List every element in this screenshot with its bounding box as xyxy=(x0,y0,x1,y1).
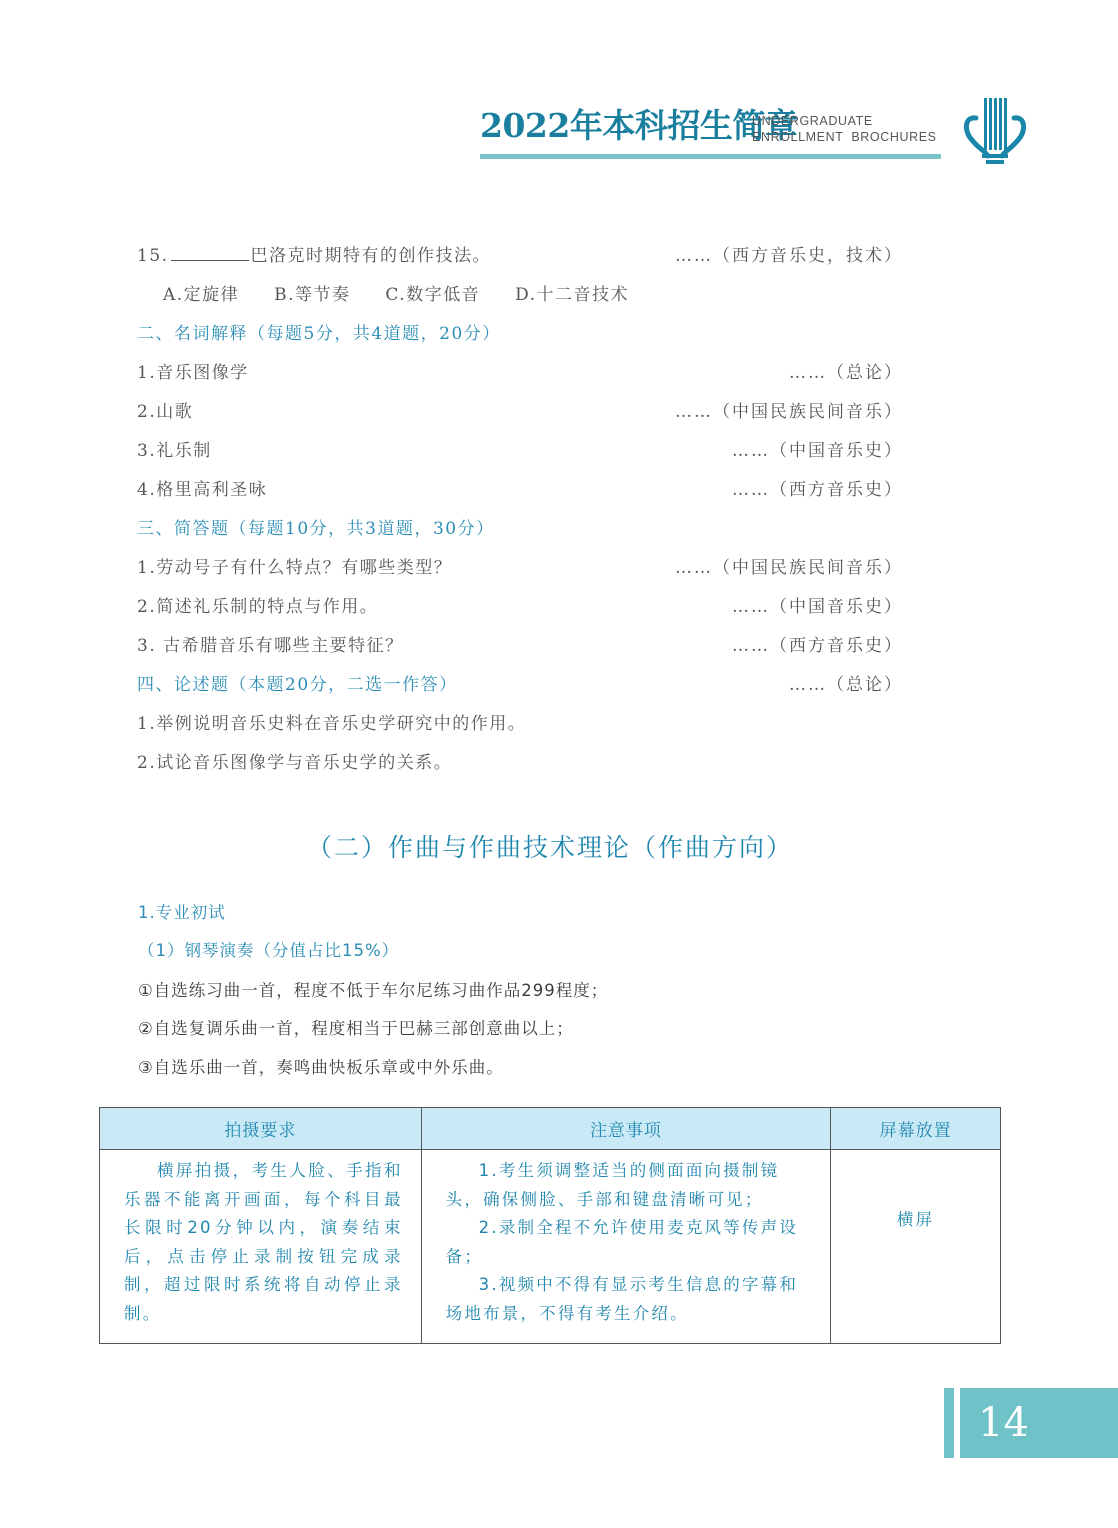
header-divider xyxy=(480,154,941,159)
piano-heading: （1）钢琴演奏（分值占比15%） xyxy=(138,939,399,963)
question-15: 15.巴洛克时期特有的创作技法。 xyxy=(137,244,491,268)
question-text: 巴洛克时期特有的创作技法。 xyxy=(251,246,492,266)
column-header: 屏幕放置 xyxy=(831,1108,1001,1150)
question-number: 15. xyxy=(137,246,169,266)
short-answer-item: 1.劳动号子有什么特点？有哪些类型？ xyxy=(137,556,452,580)
term-source: ……（总论） xyxy=(789,361,903,385)
essay-item: 1.举例说明音乐史料在音乐史学研究中的作用。 xyxy=(137,712,526,736)
term-source: ……（西方音乐史） xyxy=(732,478,903,502)
brochure-subtitle: UNDERGRADUATE ENROLLMENT BROCHURES xyxy=(752,113,937,145)
lyre-logo-icon xyxy=(962,96,1028,166)
question-options: A.定旋律 B.等节奏 C.数字低音 D.十二音技术 xyxy=(163,283,657,307)
piano-item: ②自选复调乐曲一首，程度相当于巴赫三部创意曲以上； xyxy=(138,1017,574,1041)
option-b: B.等节奏 xyxy=(274,285,350,305)
brochure-title: 2022年本科招生简章 xyxy=(480,106,797,146)
requirements-cell: 横屏拍摄，考生人脸、手指和乐器不能离开画面，每个科目最长限时20分钟以内，演奏结… xyxy=(100,1150,422,1344)
subheading-preliminary: 1.专业初试 xyxy=(138,901,226,925)
subtitle-line-1: UNDERGRADUATE xyxy=(752,113,937,129)
option-a: A.定旋律 xyxy=(163,285,239,305)
question-source: ……（西方音乐史，技术） xyxy=(675,244,903,268)
option-c: C.数字低音 xyxy=(385,285,480,305)
short-answer-source: ……（中国音乐史） xyxy=(732,595,903,619)
term-item: 2.山歌 xyxy=(137,400,193,424)
note-item: 1.考生须调整适当的侧面面向摄制镜头，确保侧脸、手部和键盘清晰可见； xyxy=(446,1157,817,1214)
page-number: 14 xyxy=(960,1388,1118,1458)
note-item: 2.录制全程不允许使用麦克风等传声设备； xyxy=(446,1214,817,1271)
essay-source: ……（总论） xyxy=(789,673,903,697)
term-item: 3.礼乐制 xyxy=(137,439,212,463)
term-item: 1.音乐图像学 xyxy=(137,361,249,385)
recording-requirements-table: 拍摄要求 注意事项 屏幕放置 横屏拍摄，考生人脸、手指和乐器不能离开画面，每个科… xyxy=(99,1107,1001,1344)
section-heading-short-answer: 三、简答题（每题10分，共3道题，30分） xyxy=(137,517,495,541)
note-item: 3.视频中不得有显示考生信息的字幕和场地布景，不得有考生介绍。 xyxy=(446,1271,817,1328)
answer-blank xyxy=(171,247,249,261)
section-heading-essay: 四、论述题（本题20分，二选一作答） xyxy=(137,673,458,697)
table-row: 横屏拍摄，考生人脸、手指和乐器不能离开画面，每个科目最长限时20分钟以内，演奏结… xyxy=(100,1150,1001,1344)
notes-cell: 1.考生须调整适当的侧面面向摄制镜头，确保侧脸、手部和键盘清晰可见； 2.录制全… xyxy=(421,1150,831,1344)
short-answer-source: ……（中国民族民间音乐） xyxy=(675,556,903,580)
section-title-composition: （二）作曲与作曲技术理论（作曲方向） xyxy=(0,832,1100,864)
piano-item: ①自选练习曲一首，程度不低于车尔尼练习曲作品299程度； xyxy=(138,979,608,1003)
section-heading-terms: 二、名词解释（每题5分，共4道题，20分） xyxy=(137,322,501,346)
short-answer-item: 3. 古希腊音乐有哪些主要特征？ xyxy=(137,634,404,658)
essay-item: 2.试论音乐图像学与音乐史学的关系。 xyxy=(137,751,452,775)
option-d: D.十二音技术 xyxy=(515,285,629,305)
column-header: 注意事项 xyxy=(421,1108,831,1150)
column-header: 拍摄要求 xyxy=(100,1108,422,1150)
requirements-text: 横屏拍摄，考生人脸、手指和乐器不能离开画面，每个科目最长限时20分钟以内，演奏结… xyxy=(124,1157,403,1328)
term-item: 4.格里高利圣咏 xyxy=(137,478,267,502)
short-answer-source: ……（西方音乐史） xyxy=(732,634,903,658)
piano-item: ③自选乐曲一首，奏鸣曲快板乐章或中外乐曲。 xyxy=(138,1056,504,1080)
term-source: ……（中国音乐史） xyxy=(732,439,903,463)
subtitle-line-2: ENROLLMENT BROCHURES xyxy=(752,129,937,145)
short-answer-item: 2.简述礼乐制的特点与作用。 xyxy=(137,595,378,619)
page-tab-accent xyxy=(944,1388,954,1458)
table-header-row: 拍摄要求 注意事项 屏幕放置 xyxy=(100,1108,1001,1150)
screen-cell: 横屏 xyxy=(831,1150,1001,1344)
term-source: ……（中国民族民间音乐） xyxy=(675,400,903,424)
